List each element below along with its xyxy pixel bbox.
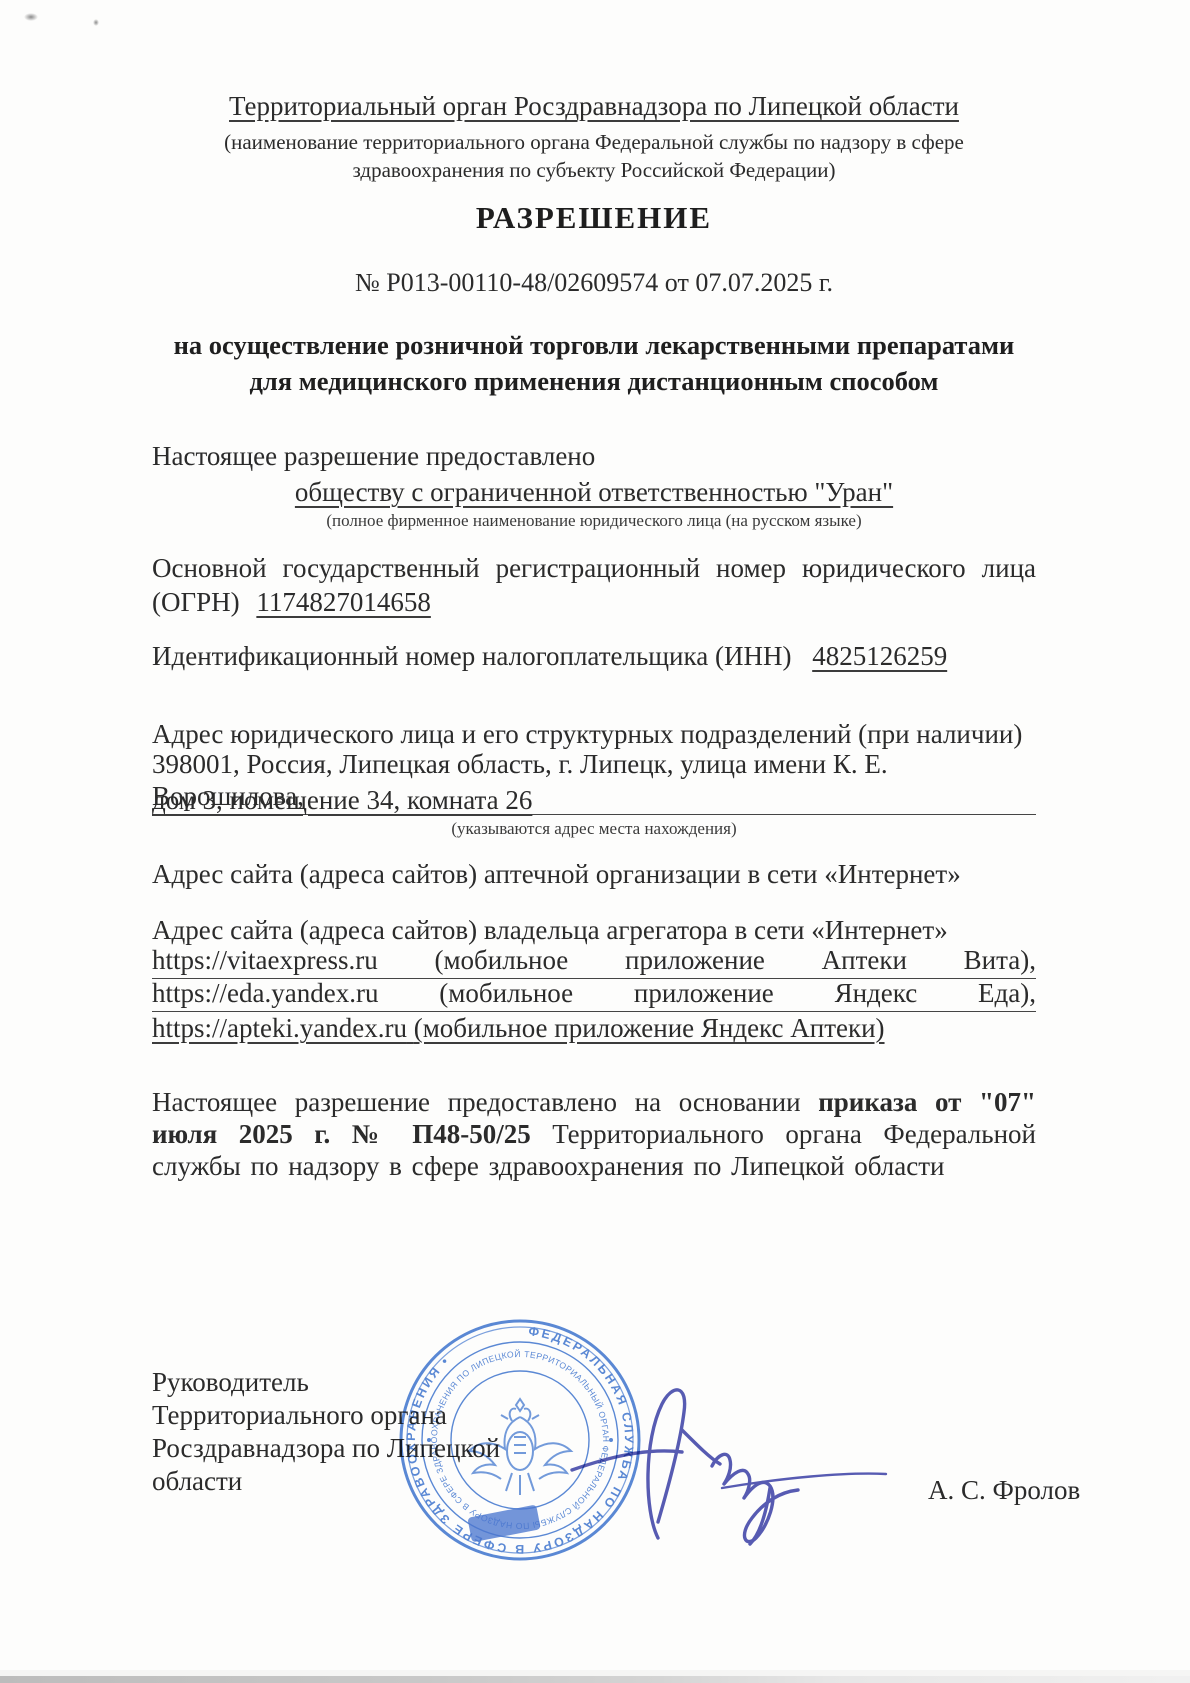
inn-value: 4825126259: [812, 641, 947, 671]
word: государственный: [283, 552, 480, 584]
site-word: (мобильное: [439, 977, 573, 1009]
site-word: Еда),: [978, 977, 1036, 1009]
scan-speck: [93, 19, 99, 26]
header-org-note-line2: здравоохранения по субъекту Российской Ф…: [152, 156, 1036, 184]
pharmacy-site-label: Адрес сайта (адреса сайтов) аптечной орг…: [152, 858, 1036, 890]
word: Основной: [152, 552, 267, 584]
word: номер: [716, 552, 786, 584]
site-url-vitaexpress: https://vitaexpress.ru: [152, 944, 378, 976]
basis-normal-1: Настоящее разрешение предоставлено на ос…: [152, 1087, 818, 1117]
site-word: (мобильное: [434, 944, 568, 976]
permit-subject-line1: на осуществление розничной торговли лека…: [152, 327, 1036, 363]
site-word: приложение: [625, 944, 765, 976]
address-label: Адрес юридического лица и его структурны…: [152, 718, 1036, 750]
permit-number-line: № Р013-00110-48/02609574 от 07.07.2025 г…: [152, 268, 1036, 298]
scan-speck: [24, 13, 38, 21]
signer-name: А. С. Фролов: [928, 1474, 1080, 1506]
site-word: приложение: [634, 977, 774, 1009]
word: юридического: [802, 552, 966, 584]
inn-label: Идентификационный номер налогоплательщик…: [152, 641, 791, 671]
header-org-name: Территориальный орган Росздравнадзора по…: [152, 90, 1036, 122]
grantee-name: обществу с ограниченной ответственностью…: [152, 476, 1036, 508]
ogrn-label-line2: (ОГРН): [152, 587, 240, 617]
word: регистрационный: [496, 552, 701, 584]
granted-label: Настоящее разрешение предоставлено: [152, 440, 1036, 472]
basis-paragraph: Настоящее разрешение предоставлено на ос…: [152, 1086, 1036, 1182]
site-word: (мобильное приложение Яндекс Аптеки): [414, 1013, 885, 1043]
ogrn-value: 1174827014658: [256, 587, 431, 617]
aggregator-site-line-2: https://eda.yandex.ru (мобильное приложе…: [152, 977, 1036, 1012]
aggregator-site-line-3: https://apteki.yandex.ru (мобильное прил…: [152, 1012, 1036, 1044]
header-org-name-text: Территориальный орган Росздравнадзора по…: [229, 91, 959, 121]
signature-ink-graphic: [560, 1368, 900, 1553]
address-line2-text: дом 3, помещение 34, комната 26: [152, 785, 532, 815]
aggregator-site-label: Адрес сайта (адреса сайтов) владельца аг…: [152, 914, 1036, 946]
grantee-note: (полное фирменное наименование юридическ…: [152, 510, 1036, 532]
permit-subject: на осуществление розничной торговли лека…: [152, 327, 1036, 399]
aggregator-site-line-1: https://vitaexpress.ru (мобильное прилож…: [152, 944, 1036, 979]
site-word: Вита),: [964, 944, 1036, 976]
aggregator-site-line-3-text: https://apteki.yandex.ru (мобильное прил…: [152, 1013, 885, 1043]
ogrn-line2: (ОГРН) 1174827014658: [152, 586, 1036, 618]
grantee-name-text: обществу с ограниченной ответственностью…: [295, 477, 893, 507]
document-title: РАЗРЕШЕНИЕ: [152, 200, 1036, 236]
address-line2: дом 3, помещение 34, комната 26: [152, 784, 1036, 816]
site-url-eda-yandex: https://eda.yandex.ru: [152, 977, 378, 1009]
scan-edge-band: [0, 1676, 1190, 1683]
inn-line: Идентификационный номер налогоплательщик…: [152, 640, 1036, 672]
double-headed-eagle-icon: [469, 1399, 571, 1495]
site-url-apteki-yandex: https://apteki.yandex.ru: [152, 1013, 407, 1043]
word: лица: [982, 552, 1036, 584]
handwritten-signature: [560, 1368, 900, 1553]
ogrn-label-line1: Основнойгосударственныйрегистрационныйно…: [152, 552, 1036, 584]
address-note: (указываются адрес места нахождения): [152, 818, 1036, 840]
permit-subject-line2: для медицинского применения дистанционны…: [152, 363, 1036, 399]
site-word: Аптеки: [822, 944, 907, 976]
scanned-permit-document: Территориальный орган Росздравнадзора по…: [0, 0, 1190, 1683]
header-org-note-line1: (наименование территориального органа Фе…: [152, 128, 1036, 156]
site-word: Яндекс: [835, 977, 918, 1009]
